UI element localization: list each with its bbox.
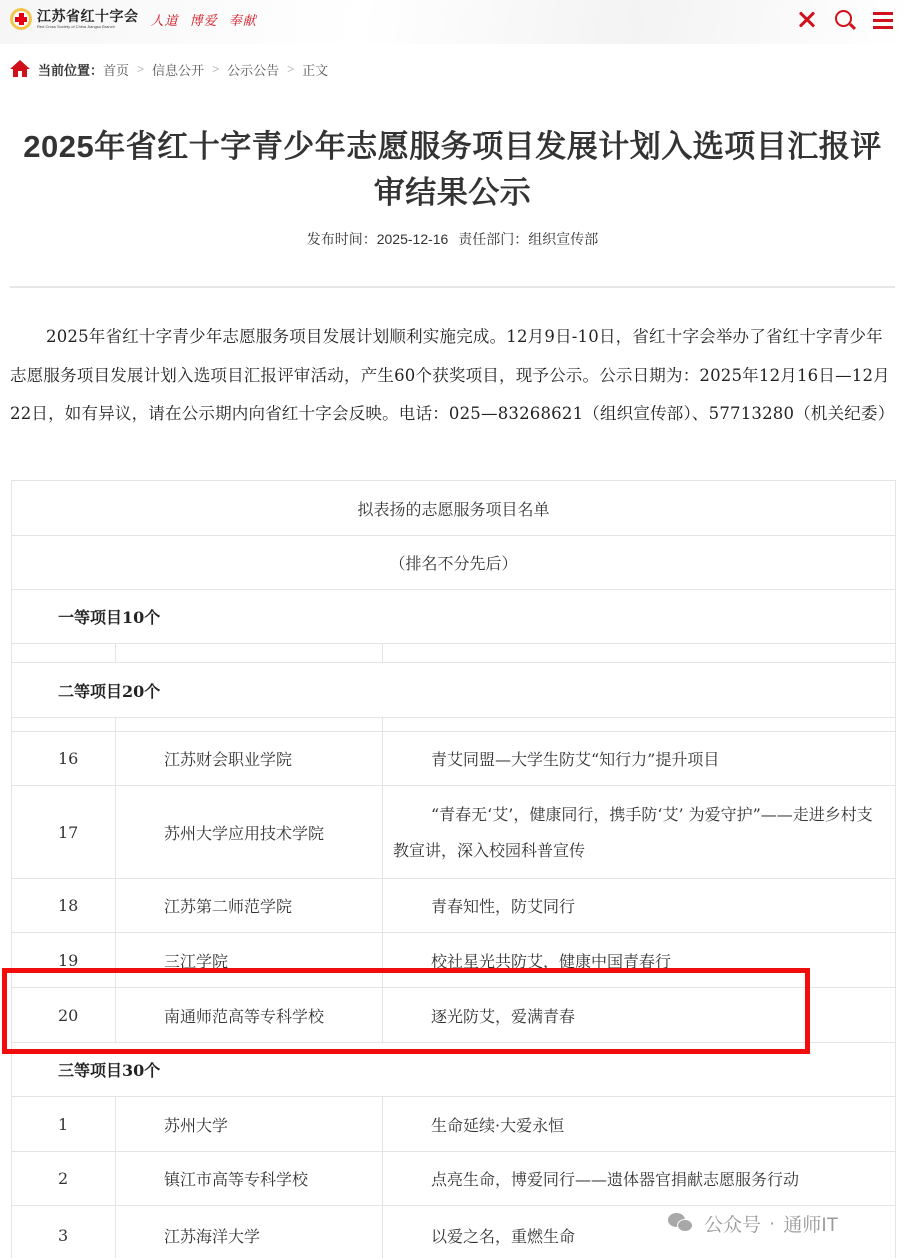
dept-label: 责任部门： xyxy=(458,231,528,247)
row-number: 3 xyxy=(12,1206,116,1258)
row-organization: 江苏海洋大学 xyxy=(116,1206,383,1258)
table-row-highlighted: 20 南通师范高等专科学校 逐光防艾，爱满青春 xyxy=(11,987,896,1042)
row-number: 2 xyxy=(12,1152,116,1205)
red-cross-emblem-icon xyxy=(10,8,32,30)
watermark: 公众号 · 通师IT xyxy=(668,1210,838,1237)
breadcrumb-announcements[interactable]: 公示公告 xyxy=(227,60,279,79)
row-organization: 镇江市高等专科学校 xyxy=(116,1152,383,1205)
breadcrumb-label: 当前位置： xyxy=(38,60,103,79)
row-organization: 苏州大学 xyxy=(116,1097,383,1151)
row-project: 生命延续·大爱永恒 xyxy=(383,1097,895,1151)
section-third-prize: 三等项目30个 xyxy=(11,1042,896,1096)
watermark-name: 通师IT xyxy=(783,1210,838,1237)
table-row: 17 苏州大学应用技术学院 “青春无‘艾’，健康同行，携手防‘艾’ 为爱守护”—… xyxy=(11,785,896,878)
divider xyxy=(10,286,895,288)
breadcrumb: 当前位置： 首页 > 信息公开 > 公示公告 > 正文 xyxy=(10,58,328,80)
section-first-prize: 一等项目10个 xyxy=(11,589,896,643)
site-logo[interactable]: 江苏省红十字会 Red Cross Society of China Jiang… xyxy=(10,8,257,30)
section-second-prize: 二等项目20个 xyxy=(11,662,896,717)
row-number: 1 xyxy=(12,1097,116,1151)
row-organization: 江苏财会职业学院 xyxy=(116,732,383,785)
row-organization: 苏州大学应用技术学院 xyxy=(116,786,383,878)
row-organization: 江苏第二师范学院 xyxy=(116,879,383,932)
publish-date: 2025-12-16 xyxy=(377,231,449,247)
table-row: 18 江苏第二师范学院 青春知性，防艾同行 xyxy=(11,878,896,932)
chevron-right-icon: > xyxy=(212,62,219,76)
table-row: 1 苏州大学 生命延续·大爱永恒 xyxy=(11,1096,896,1151)
org-name: 江苏省红十字会 xyxy=(37,8,139,24)
watermark-dot: · xyxy=(769,1213,775,1235)
table-row: 19 三江学院 校社星光共防艾，健康中国青春行 xyxy=(11,932,896,987)
page-title: 2025年省红十字青少年志愿服务项目发展计划入选项目汇报评审结果公示 xyxy=(12,124,893,216)
row-project: 校社星光共防艾，健康中国青春行 xyxy=(383,933,895,987)
row-number: 17 xyxy=(12,786,116,878)
table-row: 16 江苏财会职业学院 青艾同盟—大学生防艾“知行力”提升项目 xyxy=(11,731,896,785)
row-number: 18 xyxy=(12,879,116,932)
search-icon[interactable] xyxy=(833,8,857,32)
row-number: 20 xyxy=(12,988,116,1042)
breadcrumb-home[interactable]: 首页 xyxy=(103,60,129,79)
row-project: “青春无‘艾’，健康同行，携手防‘艾’ 为爱守护”——走进乡村支教宣讲，深入校园… xyxy=(383,786,895,878)
table-row: 2 镇江市高等专科学校 点亮生命，博爱同行——遗体器官捐献志愿服务行动 xyxy=(11,1151,896,1205)
close-icon[interactable] xyxy=(795,8,819,32)
article-meta: 发布时间：2025-12-16 责任部门：组织宣传部 xyxy=(0,229,905,249)
table-subtitle: （排名不分先后） xyxy=(11,535,896,589)
row-project: 逐光防艾，爱满青春 xyxy=(383,988,895,1042)
table-row-empty xyxy=(11,717,896,731)
home-icon[interactable] xyxy=(10,60,30,78)
table-title: 拟表扬的志愿服务项目名单 xyxy=(11,480,896,535)
wechat-icon xyxy=(668,1213,696,1235)
site-header: 江苏省红十字会 Red Cross Society of China Jiang… xyxy=(0,0,905,44)
row-number: 19 xyxy=(12,933,116,987)
chevron-right-icon: > xyxy=(137,62,144,76)
org-name-en: Red Cross Society of China Jiangsu Branc… xyxy=(37,24,139,30)
row-organization: 南通师范高等专科学校 xyxy=(116,988,383,1042)
dept-name: 组织宣传部 xyxy=(528,231,598,247)
watermark-prefix: 公众号 xyxy=(704,1210,761,1237)
slogan: 人道 博爱 奉献 xyxy=(151,10,257,29)
article-paragraph: 2025年省红十字青少年志愿服务项目发展计划顺利实施完成。12月9日-10日，省… xyxy=(10,318,898,434)
publish-label: 发布时间： xyxy=(307,231,377,247)
row-project: 青春知性，防艾同行 xyxy=(383,879,895,932)
row-organization: 三江学院 xyxy=(116,933,383,987)
breadcrumb-info-disclosure[interactable]: 信息公开 xyxy=(152,60,204,79)
row-project: 青艾同盟—大学生防艾“知行力”提升项目 xyxy=(383,732,895,785)
table-row-empty xyxy=(11,643,896,662)
breadcrumb-current: 正文 xyxy=(302,60,328,79)
row-project: 点亮生命，博爱同行——遗体器官捐献志愿服务行动 xyxy=(383,1152,895,1205)
menu-icon[interactable] xyxy=(871,8,895,32)
row-number: 16 xyxy=(12,732,116,785)
chevron-right-icon: > xyxy=(287,62,294,76)
